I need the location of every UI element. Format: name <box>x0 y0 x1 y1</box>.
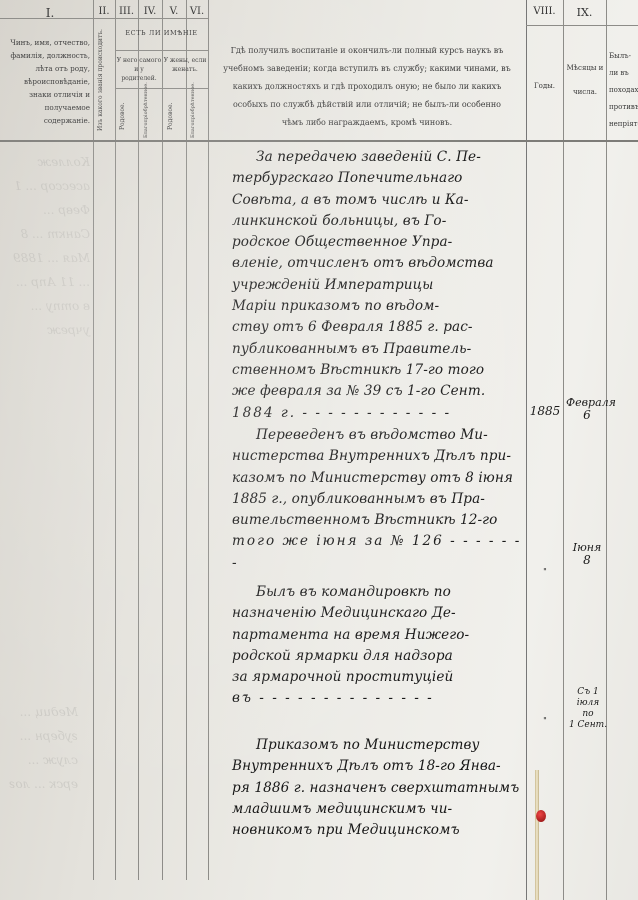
column-rule <box>93 0 94 880</box>
entry-1-year: 1885 <box>528 405 562 418</box>
entry-3-month-day: Съ 1 iюля по 1 Сент. <box>566 687 610 731</box>
column-rule <box>563 0 564 900</box>
column-rule <box>115 0 116 880</box>
column-numeral: VI. <box>186 6 208 17</box>
column-numeral: V. <box>162 6 186 17</box>
column-10-header: Былъ-ли въ походахъ противъ непріятеля, … <box>609 48 638 138</box>
column-rule <box>186 0 187 880</box>
bleed-through-text: Коллеж асессор ... 1 Февр ... Санкт ... … <box>10 150 90 342</box>
column-numeral: I. <box>30 6 70 20</box>
column-numeral: IV. <box>138 6 162 17</box>
entry-2-month-day: Iюня 8 <box>566 541 608 567</box>
column-numeral: VIII. <box>526 6 563 17</box>
estate-group-header: ЕСТЬ ЛИ ИМѢНІЕ <box>115 27 208 40</box>
column-rule <box>162 0 163 880</box>
wax-seal-icon <box>536 810 546 822</box>
column-rule <box>162 50 163 88</box>
column-rule <box>526 0 527 900</box>
column-rule <box>138 0 139 880</box>
header-bottom-rule <box>0 140 638 142</box>
column-5-header: Родовое. <box>167 96 179 136</box>
column-2-header: Изъ какого званія происходитъ. <box>97 25 111 135</box>
entry-4-text: Приказомъ по Министерству Внутреннихъ Дѣ… <box>232 735 522 841</box>
binding-thread <box>535 770 539 900</box>
column-8-header: Годы. <box>526 80 563 93</box>
entry-3-text: Былъ въ командировкѣ по назначенiю Медиц… <box>232 582 522 710</box>
column-3-header: Родовое. <box>119 96 131 136</box>
entry-1-month-day: Февраля 6 <box>566 396 608 422</box>
column-numeral: II. <box>93 6 115 17</box>
ledger-page: I. II. III. IV. V. VI. VIII. IX. Чинъ, и… <box>0 0 638 900</box>
column-9-header: Мѣсяцы и числа. <box>566 56 604 104</box>
estate-wife-header: У жены, если женатъ. <box>163 56 207 74</box>
column-numeral: III. <box>115 6 138 17</box>
entry-2-text: Переведенъ въ вѣдомство Ми- нистерства В… <box>232 425 522 574</box>
column-7-header: Гдѣ получилъ воспитаніе и окончилъ-ли по… <box>222 42 512 132</box>
entry-3-year: " <box>530 714 560 727</box>
column-rule <box>606 0 607 900</box>
column-4-header: Благопріобрѣтенное. <box>143 94 157 138</box>
entry-2-year: " <box>530 565 560 578</box>
bleed-through-text: Медиц ... губерн ... служ ... ерск ... л… <box>8 700 78 796</box>
estate-own-header: У него самого и у родителей. <box>116 56 162 83</box>
column-numeral: IX. <box>563 6 606 19</box>
column-1-header: Чинъ, имя, отчество, фамилія, должность,… <box>2 36 90 127</box>
column-rule <box>208 0 209 880</box>
entry-1-text: За передачею заведенiй С. Пе- тербургска… <box>232 147 522 424</box>
column-6-header: Благопріобрѣтенное. <box>190 94 204 138</box>
header-rule <box>526 25 638 26</box>
